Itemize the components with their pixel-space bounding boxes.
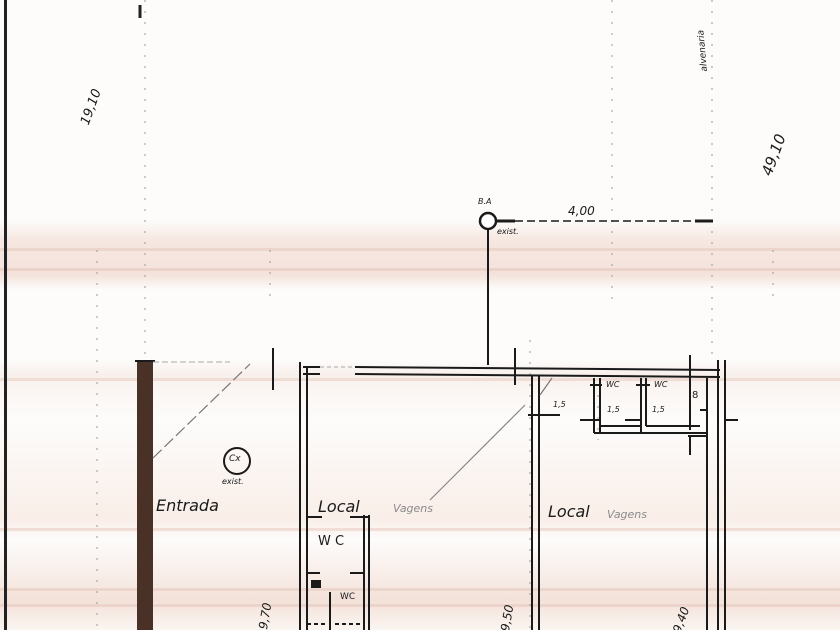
label-local-left: Local (318, 497, 360, 516)
dim-pipe-run: 4,00 (568, 204, 595, 218)
label-bath-2: WC (654, 380, 668, 389)
label-bath-dim-1: 1,5 (553, 400, 566, 409)
label-bath-dim-2: 1,5 (607, 405, 620, 414)
label-local-right-sub: Vagens (607, 508, 647, 521)
existing-fixture-label: Cx (229, 454, 241, 464)
wc-stack (307, 515, 369, 630)
label-wc-small: WC (340, 592, 355, 602)
label-bath-1: WC (606, 380, 620, 389)
grid-guides (97, 0, 773, 630)
existing-fixture-note: exist. (222, 477, 244, 486)
label-bath-dim-3: 1,5 (652, 405, 665, 414)
manhole-note: exist. (497, 227, 519, 236)
label-bath-corner: 8 (692, 390, 698, 401)
label-wc-left: W C (318, 534, 344, 549)
label-entrance: Entrada (156, 496, 219, 515)
entrance-wall (137, 360, 153, 630)
label-local-left-sub: Vagens (393, 502, 433, 515)
label-local-right: Local (548, 502, 590, 521)
manhole-code: B.A (478, 197, 492, 206)
floor-plan (0, 0, 840, 630)
